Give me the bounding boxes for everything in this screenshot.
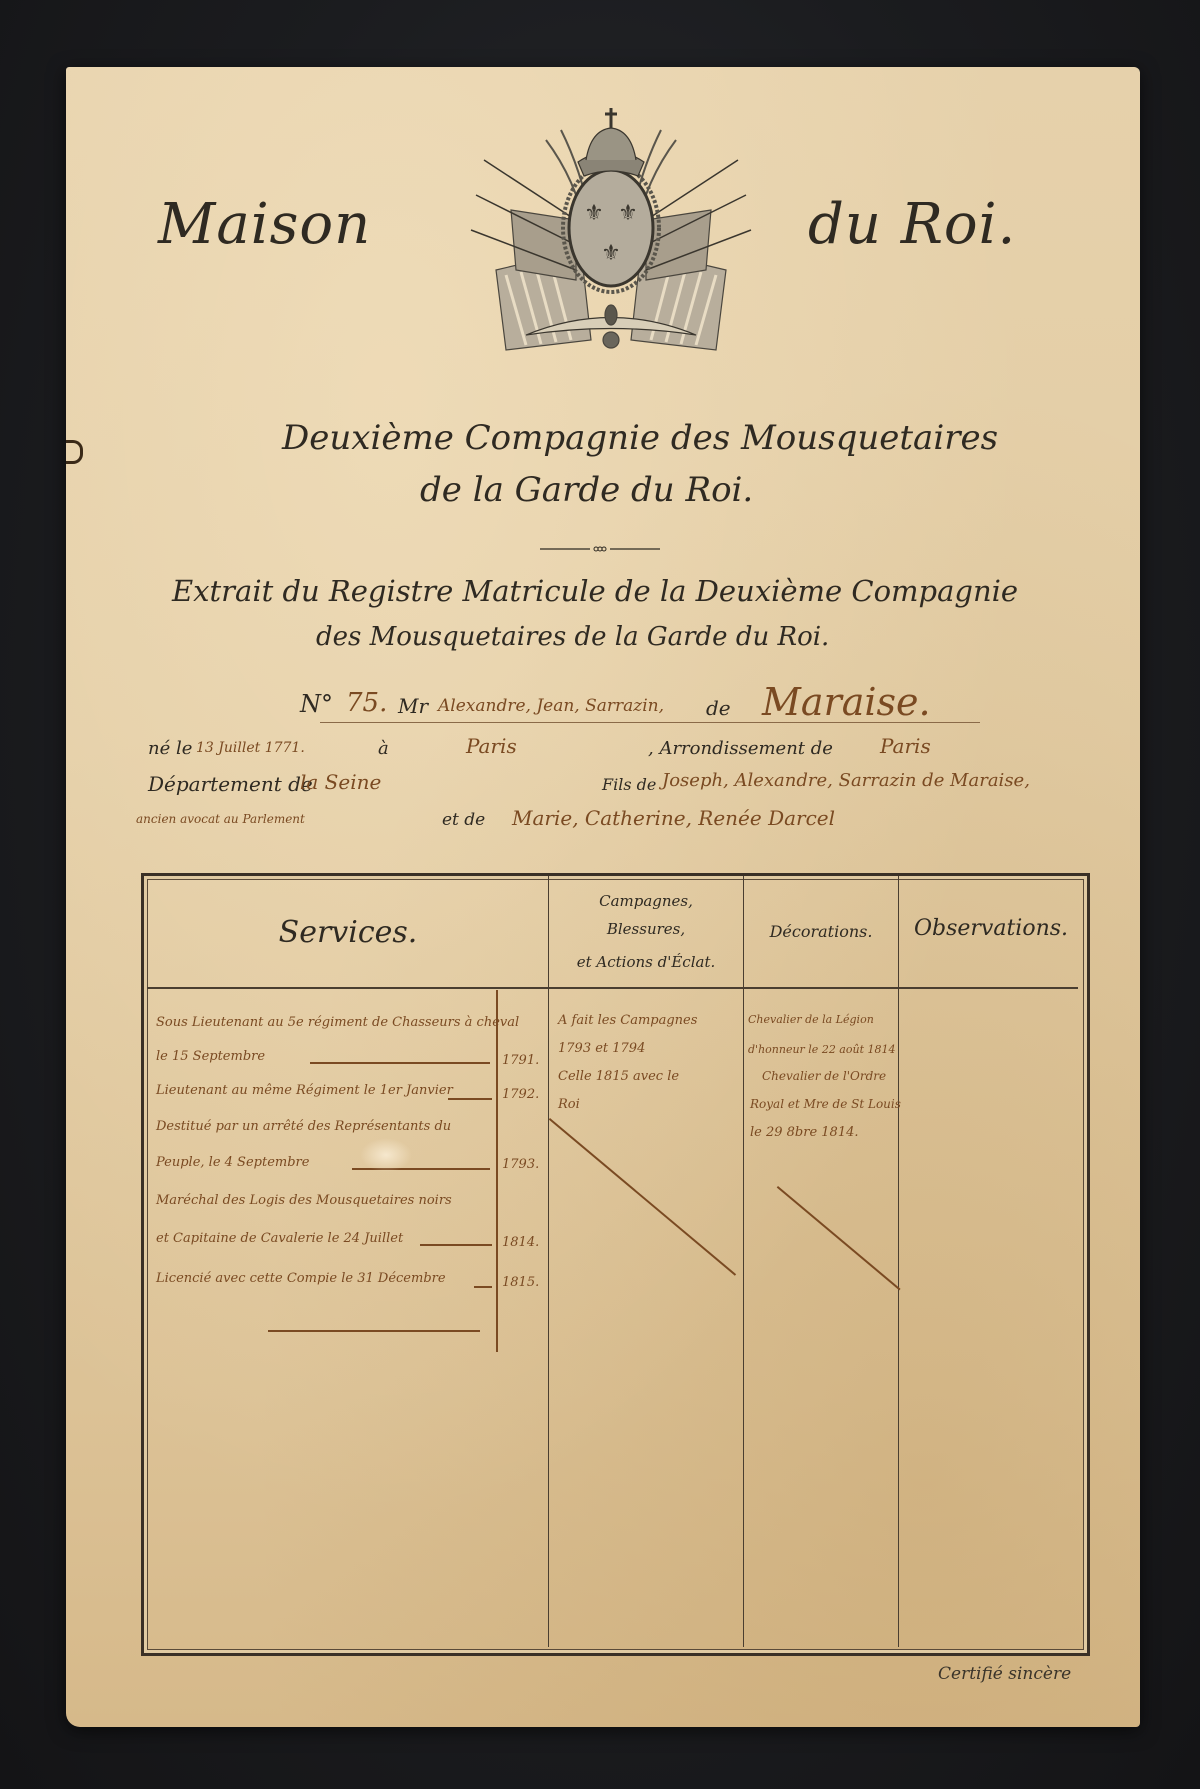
subtitle-line1: Deuxième Compagnie des Mousquetaires <box>282 418 998 458</box>
birth-place: Paris <box>466 734 517 758</box>
department-label: Département de <box>148 772 313 796</box>
header-maison: Maison <box>158 192 371 257</box>
column-divider <box>548 876 549 1647</box>
header-campaigns-line3: et Actions d'Éclat. <box>550 953 742 971</box>
header-du-roi: du Roi. <box>808 192 1016 257</box>
father-label: Fils de <box>602 775 656 794</box>
birth-date: 13 Juillet 1771. <box>196 740 305 756</box>
campaign-line: 1793 et 1794 <box>558 1042 645 1055</box>
entry-surname: Maraise. <box>762 680 931 724</box>
campaign-line: Roi <box>558 1098 580 1111</box>
service-row: Destitué par un arrêté des Représentants… <box>156 1120 451 1133</box>
service-row: Sous Lieutenant au 5e régiment de Chasse… <box>156 1016 519 1029</box>
mother-label: et de <box>442 810 485 830</box>
service-row: Lieutenant au même Régiment le 1er Janvi… <box>156 1084 453 1097</box>
service-row: Peuple, le 4 Septembre <box>156 1156 309 1169</box>
entry-given-names: Alexandre, Jean, Sarrazin, <box>438 696 664 716</box>
mother-name: Marie, Catherine, Renée Darcel <box>512 806 835 830</box>
born-label: né le <box>148 738 192 759</box>
year-subcolumn-line <box>496 990 498 1352</box>
binding-hole-mark <box>66 440 83 464</box>
closing-line <box>268 1330 480 1332</box>
register-table <box>141 873 1090 1656</box>
svg-text:⚜: ⚜ <box>584 201 604 226</box>
decoration-line: Royal et Mre de St Louis <box>750 1098 901 1110</box>
extract-title-line2: des Mousquetaires de la Garde du Roi. <box>316 622 829 652</box>
header-separator <box>147 987 1078 989</box>
decoration-line: Chevalier de l'Ordre <box>762 1070 886 1082</box>
header-campaigns-line2: Blessures, <box>550 920 742 938</box>
certification-note: Certifié sincère <box>938 1664 1071 1684</box>
department-value: la Seine <box>300 770 381 794</box>
fill-line <box>310 1062 490 1064</box>
header-observations: Observations. <box>900 916 1082 941</box>
column-divider <box>743 876 744 1647</box>
father-name: Joseph, Alexandre, Sarrazin de Maraise, <box>662 770 1030 791</box>
entry-number: 75. <box>346 688 387 718</box>
service-year: 1791. <box>502 1054 539 1067</box>
entry-particle: de <box>706 696 731 720</box>
at-label: à <box>378 738 389 759</box>
header-services: Services. <box>150 915 546 950</box>
fill-line <box>420 1244 492 1246</box>
service-year: 1792. <box>502 1088 539 1101</box>
fill-line <box>474 1286 492 1288</box>
campaign-line: Celle 1815 avec le <box>558 1070 679 1083</box>
arrondissement-label: , Arrondissement de <box>648 738 833 759</box>
decoration-line: le 29 8bre 1814. <box>750 1126 859 1139</box>
fill-line <box>448 1098 492 1100</box>
decoration-line: d'honneur le 22 août 1814 <box>748 1044 896 1055</box>
subtitle-line2: de la Garde du Roi. <box>420 470 753 510</box>
svg-text:⚜: ⚜ <box>618 201 638 226</box>
service-row: Licencié avec cette Compie le 31 Décembr… <box>156 1272 446 1285</box>
header-campaigns-line1: Campagnes, <box>550 892 742 910</box>
paper-stain <box>360 1138 412 1172</box>
service-year: 1814. <box>502 1236 539 1249</box>
royal-crest-icon: ⚜ ⚜ ⚜ <box>466 100 756 365</box>
service-row: et Capitaine de Cavalerie le 24 Juillet <box>156 1232 403 1245</box>
service-year: 1793. <box>502 1158 539 1171</box>
svg-text:⚜: ⚜ <box>601 241 621 266</box>
father-occupation: ancien avocat au Parlement <box>136 812 305 826</box>
campaign-line: A fait les Campagnes <box>558 1014 697 1027</box>
decoration-line: Chevalier de la Légion <box>748 1014 874 1025</box>
column-divider <box>898 876 899 1647</box>
ornamental-rule <box>540 546 660 552</box>
service-year: 1815. <box>502 1276 539 1289</box>
entry-title: Mr <box>398 694 428 718</box>
arrondissement-value: Paris <box>880 734 931 758</box>
entry-number-label: N° <box>300 690 333 718</box>
header-decorations: Décorations. <box>745 922 897 941</box>
name-field-line <box>320 722 980 723</box>
extract-title-line1: Extrait du Registre Matricule de la Deux… <box>172 574 1018 608</box>
service-row: Maréchal des Logis des Mousquetaires noi… <box>156 1194 452 1207</box>
service-row: le 15 Septembre <box>156 1050 265 1063</box>
